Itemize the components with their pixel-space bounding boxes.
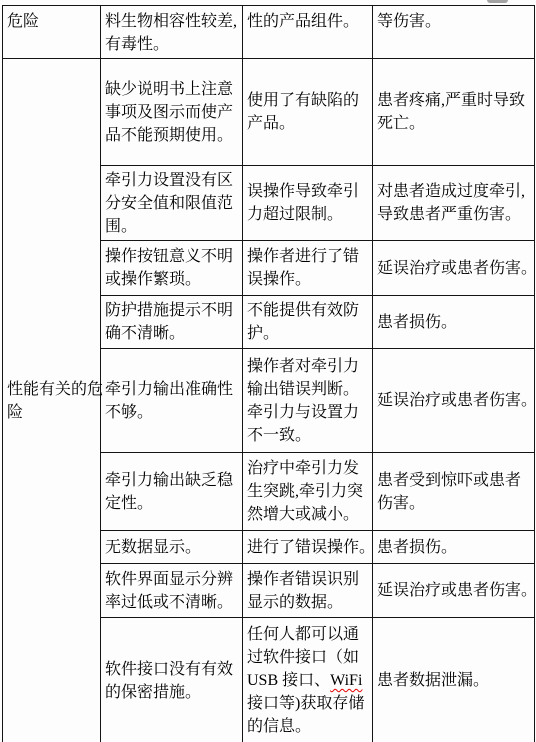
cell-event: 使用了有缺陷的 产品。 (243, 59, 373, 166)
cell-cause: 防护措施提示不明 确不清晰。 (101, 296, 243, 349)
cell-event: 误操作导致牵引 力超过限制。 (243, 166, 373, 241)
cell-harm: 患者数据泄漏。 (373, 618, 535, 742)
table-row: 性能有关的危 险 缺少说明书上注意 事项及图示而使产 品不能预期使用。 使用了有… (3, 59, 535, 166)
cell-cause: 缺少说明书上注意 事项及图示而使产 品不能预期使用。 (101, 59, 243, 166)
cell-cause: 操作按钮意义不明 或操作繁琐。 (101, 241, 243, 296)
cell-harm: 患者疼痛,严重时导致 死亡。 (373, 59, 535, 166)
cell-cause: 料生物相容性较差, 有毒性。 (101, 6, 243, 59)
spellcheck-underline: WiFi (330, 672, 362, 689)
cell-hazard-group: 性能有关的危 险 (3, 59, 101, 742)
cell-event: 操作者错误识别 显示的数据。 (243, 564, 373, 618)
table-row: 危险 料生物相容性较差, 有毒性。 性的产品组件。 等伤害。 (3, 6, 535, 59)
cell-harm: 延误治疗或患者伤害。 (373, 241, 535, 296)
cell-cause: 无数据显示。 (101, 531, 243, 564)
cell-event: 不能提供有效防 护。 (243, 296, 373, 349)
cell-cause: 牵引力输出准确性 不够。 (101, 349, 243, 453)
screen-edge-artifact (487, 0, 508, 3)
cell-event: 进行了错误操作。 (243, 531, 373, 564)
cell-event: 操作者进行了错 误操作。 (243, 241, 373, 296)
cell-harm: 患者损伤。 (373, 296, 535, 349)
cell-cause: 软件界面显示分辨 率过低或不清晰。 (101, 564, 243, 618)
cell-harm: 等伤害。 (373, 6, 535, 59)
cell-event: 任何人都可以通 过软件接口（如 USB 接口、WiFi 接口等)获取存储 的信息… (243, 618, 373, 742)
cell-hazard-category: 危险 (3, 6, 101, 59)
cell-cause: 软件接口没有有效 的保密措施。 (101, 618, 243, 742)
cell-harm: 延误治疗或患者伤害。 (373, 349, 535, 453)
cell-event: 操作者对牵引力 输出错误判断。 牵引力与设置力 不一致。 (243, 349, 373, 453)
cell-cause: 牵引力输出缺乏稳 定性。 (101, 453, 243, 531)
cell-harm: 患者受到惊吓或患者 伤害。 (373, 453, 535, 531)
cell-cause: 牵引力设置没有区 分安全值和限值范 围。 (101, 166, 243, 241)
cell-event: 治疗中牵引力发 生突跳,牵引力突 然增大或减小。 (243, 453, 373, 531)
risk-analysis-table: 危险 料生物相容性较差, 有毒性。 性的产品组件。 等伤害。 性能有关的危 险 … (2, 5, 535, 742)
cell-harm: 延误治疗或患者伤害。 (373, 564, 535, 618)
cell-harm: 患者损伤。 (373, 531, 535, 564)
cell-event: 性的产品组件。 (243, 6, 373, 59)
cell-harm: 对患者造成过度牵引, 导致患者严重伤害。 (373, 166, 535, 241)
document-page: 危险 料生物相容性较差, 有毒性。 性的产品组件。 等伤害。 性能有关的危 险 … (0, 0, 536, 742)
